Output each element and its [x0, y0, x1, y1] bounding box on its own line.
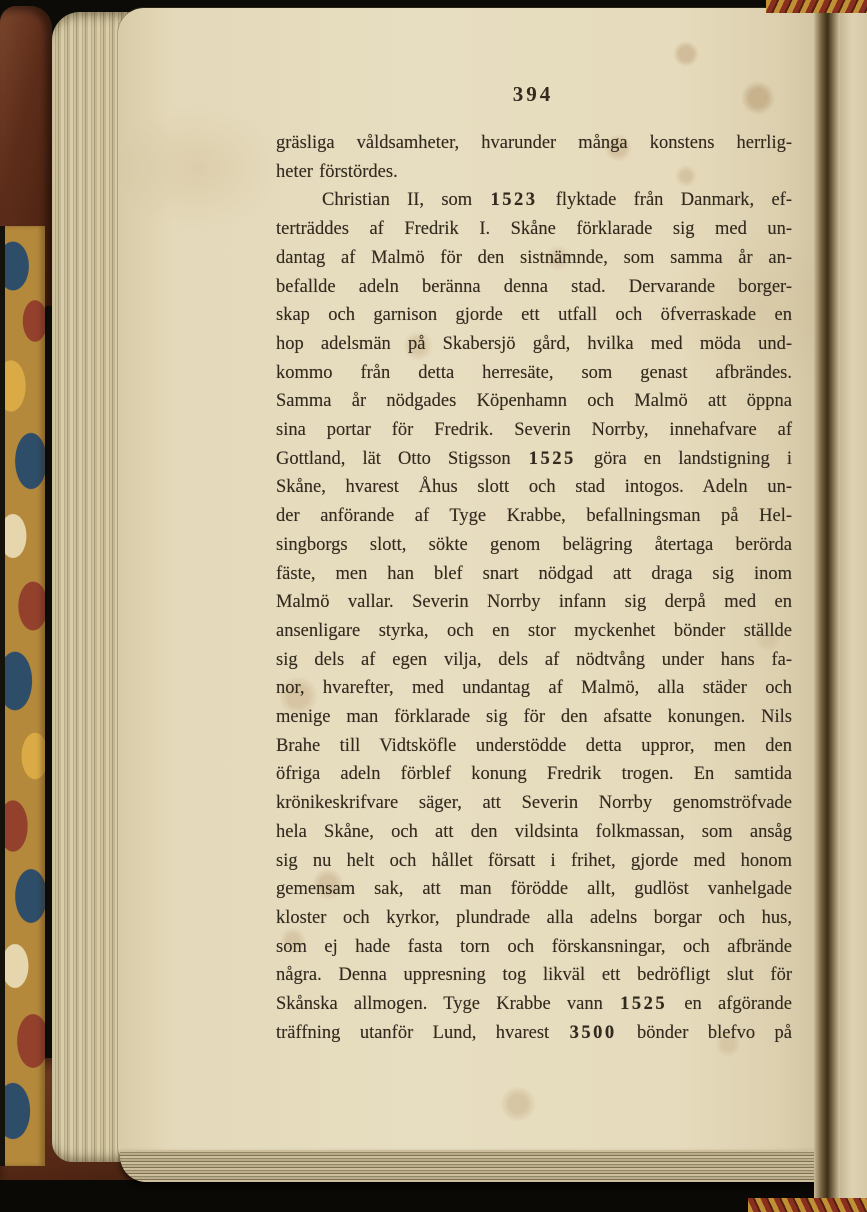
marbled-cover-edge: [0, 226, 45, 1166]
tailband-decoration: [748, 1198, 867, 1212]
text-line: Skåne, hvarest Åhus slott och stad intog…: [276, 473, 792, 502]
text-line: heter förstördes.: [276, 158, 792, 187]
text-line: skap och garnison gjorde ett utfall och …: [276, 301, 792, 330]
facing-page-sliver: [840, 0, 867, 1200]
headband-decoration: [766, 0, 867, 13]
text-line: gemensam sak, att man förödde allt, gudl…: [276, 875, 792, 904]
page-number: 394: [275, 82, 791, 107]
text-line: sig nu helt och hållet försatt i frihet,…: [276, 847, 792, 876]
background-shadow: [0, 1180, 867, 1212]
text-line: som ej hade fasta torn och förskansninga…: [276, 933, 792, 962]
text-line: Skånska allmogen. Tyge Krabbe vann 1525 …: [276, 990, 792, 1019]
text-line: krönikeskrifvare säger, att Severin Norr…: [276, 789, 792, 818]
book-page: 394 gräsliga våldsamheter, hvarunder mån…: [118, 8, 824, 1162]
text-line: kommo från detta herresäte, som genast a…: [276, 359, 792, 388]
text-line: menige man förklarade sig för den afsatt…: [276, 703, 792, 732]
bottom-page-edges: [120, 1150, 832, 1182]
text-line: Christian II, som 1523 flyktade från Dan…: [276, 186, 792, 215]
text-line: nor, hvarefter, med undantag af Malmö, a…: [276, 674, 792, 703]
page-text: gräsliga våldsamheter, hvarunder många k…: [276, 129, 792, 1048]
text-line: hela Skåne, och att den vildsinta folkma…: [276, 818, 792, 847]
text-line: der anförande af Tyge Krabbe, befallning…: [276, 502, 792, 531]
text-line: singborgs slott, sökte genom belägring å…: [276, 531, 792, 560]
text-line: några. Denna uppresning tog likväl ett b…: [276, 961, 792, 990]
text-line: sina portar för Fredrik. Severin Norrby,…: [276, 416, 792, 445]
text-line: hop adelsmän på Skabersjö gård, hvilka m…: [276, 330, 792, 359]
text-line: terträddes af Fredrik I. Skåne förklarad…: [276, 215, 792, 244]
text-line: kloster och kyrkor, plundrade alla adeln…: [276, 904, 792, 933]
text-line: fäste, men han blef snart nödgad att dra…: [276, 560, 792, 589]
gutter-shadow: [814, 0, 840, 1200]
text-line: sig dels af egen vilja, dels af nödtvång…: [276, 646, 792, 675]
text-line: befallde adeln beränna denna stad. Derva…: [276, 273, 792, 302]
text-line: öfriga adeln förblef konung Fredrik trog…: [276, 760, 792, 789]
text-line: dantag af Malmö för den sistnämnde, som …: [276, 244, 792, 273]
text-line: Gottland, lät Otto Stigsson 1525 göra en…: [276, 445, 792, 474]
text-line: Brahe till Vidtsköfle understödde detta …: [276, 732, 792, 761]
text-line: gräsliga våldsamheter, hvarunder många k…: [276, 129, 792, 158]
text-line: Malmö vallar. Severin Norrby infann sig …: [276, 588, 792, 617]
text-line: ansenligare styrka, och en stor myckenhe…: [276, 617, 792, 646]
text-line: Samma år nödgades Köpenhamn och Malmö at…: [276, 387, 792, 416]
text-line: träffning utanför Lund, hvarest 3500 bön…: [276, 1019, 792, 1048]
